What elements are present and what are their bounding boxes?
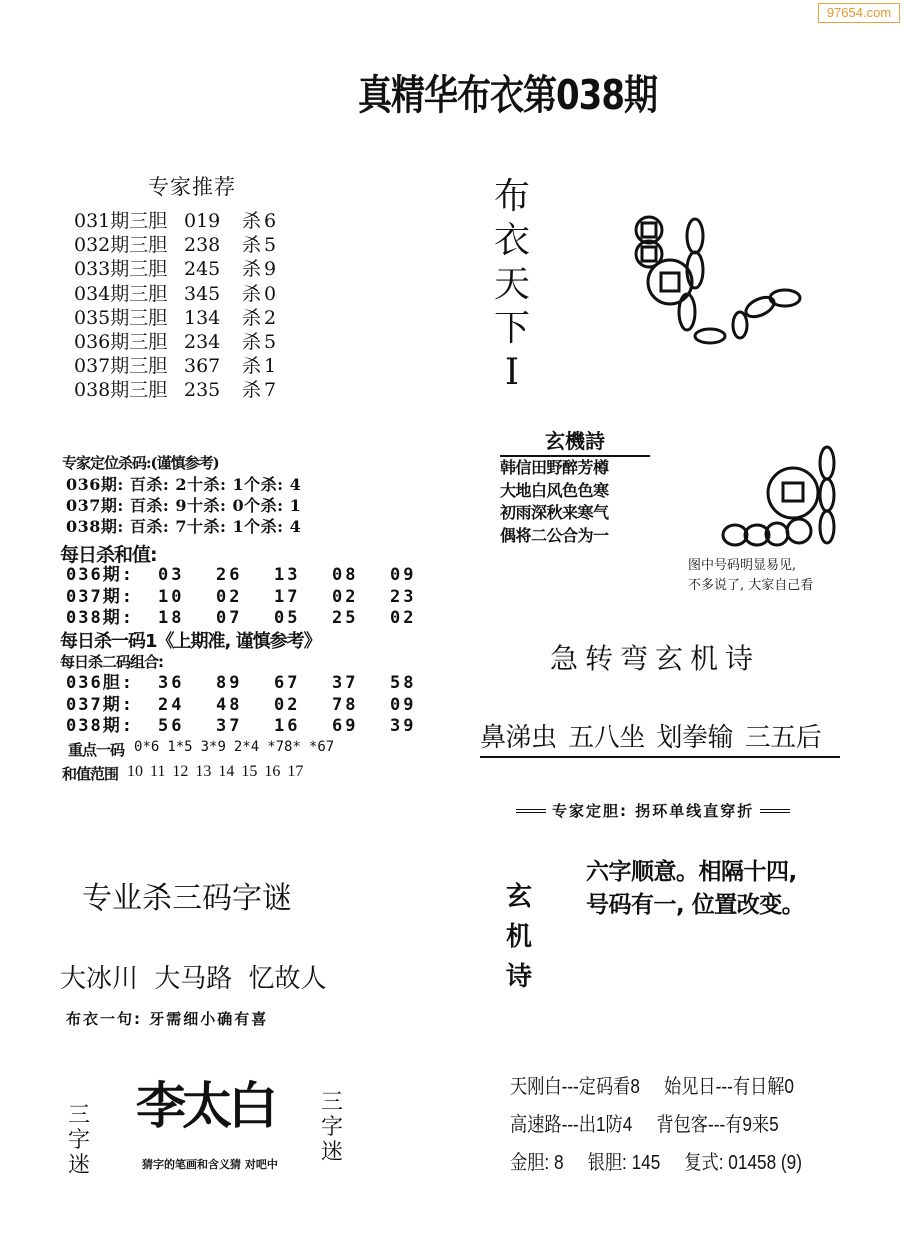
cell: 25 bbox=[332, 608, 390, 630]
char: 三 bbox=[317, 1090, 347, 1115]
cell: 58 bbox=[390, 673, 448, 695]
table-row: 037期:1002170223 bbox=[66, 587, 448, 609]
char: 迷 bbox=[317, 1140, 347, 1165]
sum-range-value: 12 bbox=[172, 763, 188, 784]
cell: 23 bbox=[390, 587, 448, 609]
coin-chain-figure-icon bbox=[625, 210, 825, 350]
key-code-value: 3*9 bbox=[201, 739, 226, 760]
kill-label: 杀 bbox=[242, 282, 264, 306]
watermark: 97654.com bbox=[818, 3, 900, 23]
position-kill-section: 专家定位杀码:(谨慎参考) 036期: 百杀: 2十杀: 1个杀: 4 037期… bbox=[62, 452, 301, 537]
kill: 6 bbox=[264, 209, 284, 233]
kill: 2 bbox=[264, 306, 284, 330]
position-kill-title: 专家定位杀码:(谨慎参考) bbox=[62, 452, 301, 474]
caption-line: 图中号码明显易见, bbox=[688, 556, 813, 576]
summary-item: 高速路---出1防4 bbox=[510, 1106, 632, 1144]
kill-label: 杀 bbox=[242, 378, 264, 402]
row-label: 037期: bbox=[66, 695, 158, 717]
summary-row: 天刚白---定码看8 始见日---有日解0 bbox=[510, 1068, 802, 1106]
figure-caption: 图中号码明显易见, 不多说了, 大家自己看 bbox=[688, 556, 813, 596]
cell: 36 bbox=[158, 673, 216, 695]
verse-line: 六字顺意。相隔十四, bbox=[586, 856, 804, 889]
row-label: 036胆: bbox=[66, 673, 158, 695]
xuanji-verse-side-label: 玄 机 诗 bbox=[504, 877, 534, 997]
summary-item: 金胆: 8 bbox=[510, 1144, 564, 1182]
nums: 245 bbox=[184, 257, 242, 281]
expert-dan-line: 专家定胆: 拐环单线直穿折 bbox=[510, 800, 796, 821]
sum-range-value: 16 bbox=[264, 763, 280, 784]
list-item: 038期: 百杀: 7十杀: 1个杀: 4 bbox=[62, 516, 301, 537]
expert-recommend-list: 031期三胆019杀6 032期三胆238杀5 033期三胆245杀9 034期… bbox=[74, 209, 284, 403]
cell: 17 bbox=[274, 587, 332, 609]
key-code-value: 2*4 bbox=[234, 739, 259, 760]
char: 下 bbox=[490, 307, 534, 351]
page-title: 真精华布衣第038期 bbox=[358, 62, 578, 121]
expert-recommend-title: 专家推荐 bbox=[148, 171, 236, 201]
char: 迷 bbox=[64, 1153, 94, 1178]
nums: 345 bbox=[184, 282, 242, 306]
sum-range-value: 13 bbox=[195, 763, 211, 784]
poem-line: 大地白风色色寒 bbox=[500, 480, 650, 503]
row-label: 038期: bbox=[66, 716, 158, 738]
kill: 7 bbox=[264, 378, 284, 402]
char: 玄 bbox=[504, 877, 534, 917]
summary-item: 始见日---有日解0 bbox=[664, 1068, 794, 1106]
kill-label: 杀 bbox=[242, 233, 264, 257]
kill-label: 杀 bbox=[242, 330, 264, 354]
riddle-hint: 猜字的笔画和含义猜 对吧中 bbox=[142, 1157, 282, 1173]
main-riddle: 李太白 bbox=[136, 1066, 274, 1138]
issue: 031期三胆 bbox=[74, 209, 184, 233]
buyi-sentence: 布衣一句: 牙需细小确有喜 bbox=[66, 1008, 268, 1029]
cell: 37 bbox=[216, 716, 274, 738]
kill: 9 bbox=[264, 257, 284, 281]
table-row: 037期:2448027809 bbox=[66, 695, 448, 717]
issue: 032期三胆 bbox=[74, 233, 184, 257]
key-code-value: 1*5 bbox=[167, 739, 192, 760]
nums: 367 bbox=[184, 354, 242, 378]
cell: 09 bbox=[390, 565, 448, 587]
cell: 48 bbox=[216, 695, 274, 717]
row-label: 036期: bbox=[66, 565, 158, 587]
list-item: 031期三胆019杀6 bbox=[74, 209, 284, 233]
kill: 1 bbox=[264, 354, 284, 378]
verse-line: 号码有一, 位置改变。 bbox=[586, 889, 804, 922]
cell: 09 bbox=[390, 695, 448, 717]
side-label-left: 三 字 迷 bbox=[64, 1103, 94, 1178]
coin-figure-icon bbox=[715, 445, 845, 550]
cell: 02 bbox=[332, 587, 390, 609]
buyi-tianxia-vertical: 布 衣 天 下 I bbox=[490, 175, 534, 395]
sum-range-value: 11 bbox=[150, 763, 165, 784]
kill: 0 bbox=[264, 282, 284, 306]
issue: 034期三胆 bbox=[74, 282, 184, 306]
char: 诗 bbox=[504, 957, 534, 997]
summary-row: 金胆: 8 银胆: 145 复式: 01458 (9) bbox=[510, 1144, 802, 1182]
cell: 37 bbox=[332, 673, 390, 695]
list-item: 032期三胆238杀5 bbox=[74, 233, 284, 257]
issue: 038期三胆 bbox=[74, 378, 184, 402]
summary-item: 银胆: 145 bbox=[588, 1144, 661, 1182]
cell: 10 bbox=[158, 587, 216, 609]
list-item: 034期三胆345杀0 bbox=[74, 282, 284, 306]
nums: 238 bbox=[184, 233, 242, 257]
sum-range-value: 15 bbox=[241, 763, 257, 784]
char: 衣 bbox=[490, 219, 534, 263]
xuanji-poem-box: 玄機詩 韩信田野醉芳樽 大地白风色色寒 初雨深秋来寒气 偶将二公合为一 bbox=[500, 428, 650, 547]
daily-kill-two-grid: 036胆:3689673758 037期:2448027809 038期:563… bbox=[66, 673, 448, 738]
list-item: 037期: 百杀: 9十杀: 0个杀: 1 bbox=[62, 495, 301, 516]
cell: 02 bbox=[216, 587, 274, 609]
issue: 035期三胆 bbox=[74, 306, 184, 330]
daily-kill-two-title: 每日杀二码组合: bbox=[60, 651, 163, 672]
sum-range-row: 和值范围 10 11 12 13 14 15 16 17 bbox=[62, 763, 303, 784]
poem-line: 偶将二公合为一 bbox=[500, 525, 650, 548]
list-item: 036期: 百杀: 2十杀: 1个杀: 4 bbox=[62, 474, 301, 495]
issue: 033期三胆 bbox=[74, 257, 184, 281]
sum-range-value: 14 bbox=[218, 763, 234, 784]
summary-row: 高速路---出1防4 背包客---有9来5 bbox=[510, 1106, 802, 1144]
char: 天 bbox=[490, 263, 534, 307]
issue: 037期三胆 bbox=[74, 354, 184, 378]
kill-label: 杀 bbox=[242, 306, 264, 330]
cell: 13 bbox=[274, 565, 332, 587]
caption-line: 不多说了, 大家自己看 bbox=[688, 576, 813, 596]
cell: 69 bbox=[332, 716, 390, 738]
double-dash bbox=[516, 809, 546, 813]
cell: 56 bbox=[158, 716, 216, 738]
jizhuanwan-title: 急转弯玄机诗 bbox=[550, 637, 760, 677]
summary-item: 背包客---有9来5 bbox=[656, 1106, 778, 1144]
daily-sum-kill-title: 每日杀和值: bbox=[60, 540, 157, 567]
key-code-value: 0*6 bbox=[134, 739, 159, 760]
side-label-right: 三 字 迷 bbox=[317, 1090, 347, 1165]
cell: 39 bbox=[390, 716, 448, 738]
sum-range-value: 17 bbox=[287, 763, 303, 784]
jizhuanwan-riddle: 鼻涕虫 五八坐 划拳输 三五后 bbox=[480, 717, 840, 758]
issue: 036期三胆 bbox=[74, 330, 184, 354]
sum-range-label: 和值范围 bbox=[62, 763, 118, 784]
list-item: 036期三胆234杀5 bbox=[74, 330, 284, 354]
table-row: 036期:0326130809 bbox=[66, 565, 448, 587]
char: 字 bbox=[64, 1128, 94, 1153]
kill: 5 bbox=[264, 233, 284, 257]
riddle-section-title: 专业杀三码字谜 bbox=[82, 873, 292, 917]
char: 布 bbox=[490, 175, 534, 219]
key-code-label: 重点一码 bbox=[68, 739, 124, 760]
cell: 02 bbox=[390, 608, 448, 630]
kill-label: 杀 bbox=[242, 354, 264, 378]
list-item: 035期三胆134杀2 bbox=[74, 306, 284, 330]
cell: 16 bbox=[274, 716, 332, 738]
xuanji-verse-lines: 六字顺意。相隔十四, 号码有一, 位置改变。 bbox=[586, 856, 804, 922]
nums: 235 bbox=[184, 378, 242, 402]
bottom-summary: 天刚白---定码看8 始见日---有日解0 高速路---出1防4 背包客---有… bbox=[510, 1068, 802, 1182]
cell: 67 bbox=[274, 673, 332, 695]
key-code-value: *78* bbox=[267, 739, 301, 760]
daily-kill-one: 每日杀一码1《上期准, 谨慎参考》 bbox=[60, 627, 321, 653]
cell: 03 bbox=[158, 565, 216, 587]
cell: 02 bbox=[274, 695, 332, 717]
table-row: 036胆:3689673758 bbox=[66, 673, 448, 695]
char: 字 bbox=[317, 1115, 347, 1140]
nums: 019 bbox=[184, 209, 242, 233]
cell: 89 bbox=[216, 673, 274, 695]
char: I bbox=[490, 351, 534, 395]
poem-line: 初雨深秋来寒气 bbox=[500, 502, 650, 525]
riddle-words: 大冰川 大马路 忆故人 bbox=[60, 958, 327, 995]
key-code-row: 重点一码 0*6 1*5 3*9 2*4 *78* *67 bbox=[68, 739, 334, 760]
nums: 134 bbox=[184, 306, 242, 330]
key-code-value: *67 bbox=[309, 739, 334, 760]
double-dash bbox=[760, 809, 790, 813]
cell: 78 bbox=[332, 695, 390, 717]
kill-label: 杀 bbox=[242, 257, 264, 281]
nums: 234 bbox=[184, 330, 242, 354]
list-item: 033期三胆245杀9 bbox=[74, 257, 284, 281]
kill: 5 bbox=[264, 330, 284, 354]
table-row: 038期:5637166939 bbox=[66, 716, 448, 738]
list-item: 037期三胆367杀1 bbox=[74, 354, 284, 378]
kill-label: 杀 bbox=[242, 209, 264, 233]
daily-sum-kill-grid: 036期:0326130809 037期:1002170223 038期:180… bbox=[66, 565, 448, 630]
char: 机 bbox=[504, 917, 534, 957]
expert-dan-text: 专家定胆: 拐环单线直穿折 bbox=[552, 800, 754, 821]
poem-line: 韩信田野醉芳樽 bbox=[500, 457, 650, 480]
cell: 26 bbox=[216, 565, 274, 587]
sum-range-value: 10 bbox=[127, 763, 143, 784]
list-item: 038期三胆235杀7 bbox=[74, 378, 284, 402]
cell: 24 bbox=[158, 695, 216, 717]
row-label: 037期: bbox=[66, 587, 158, 609]
char: 三 bbox=[64, 1103, 94, 1128]
xuanji-poem-title: 玄機詩 bbox=[500, 428, 650, 457]
summary-item: 天刚白---定码看8 bbox=[510, 1068, 640, 1106]
summary-item: 复式: 01458 (9) bbox=[684, 1144, 802, 1182]
cell: 08 bbox=[332, 565, 390, 587]
